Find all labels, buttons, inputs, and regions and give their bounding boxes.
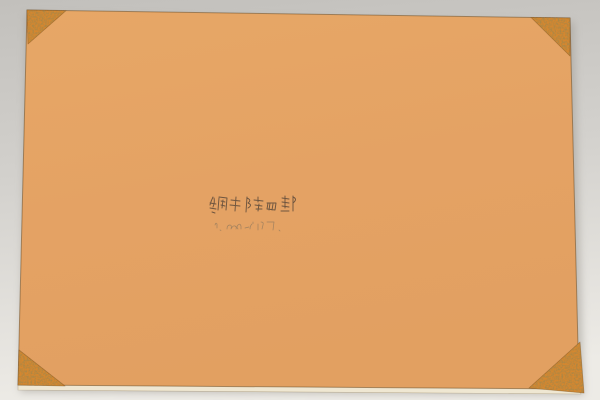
photo-canvas: 網干陸四郎 / H. Aboshi. — small pencil inscri… <box>0 0 600 400</box>
backing-paper <box>18 10 579 389</box>
photograph: 網干陸四郎 / H. Aboshi. — small pencil inscri… <box>0 0 600 400</box>
